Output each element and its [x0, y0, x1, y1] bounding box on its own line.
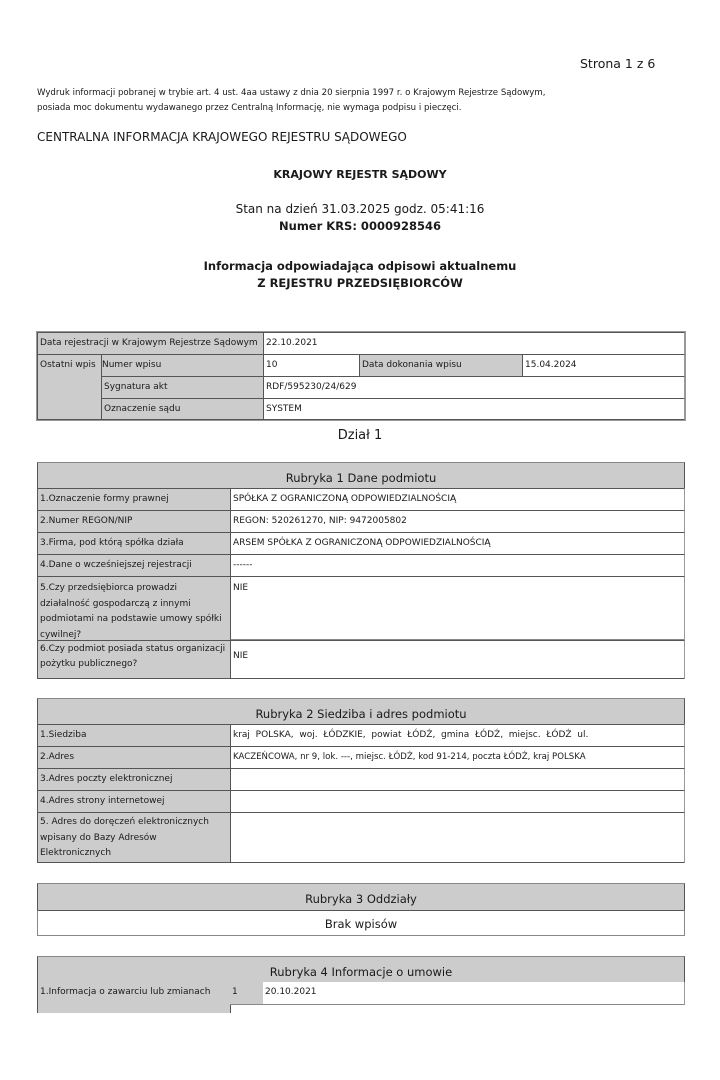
entry-date-label: Data dokonania wpisu: [359, 354, 523, 377]
r1-label-5: 5.Czy przedsiębiorca prowadzi działalnoś…: [37, 576, 231, 641]
r1-label-3: 3.Firma, pod którą spółka działa: [37, 532, 231, 555]
r2-value-2: KACZEŃCOWA, nr 9, lok. ---, miejsc. ŁÓDŹ…: [230, 746, 685, 769]
r4-value-1: 20.10.2021: [263, 982, 685, 1005]
reg-date-value: 22.10.2021: [263, 332, 685, 355]
entry-date-value: 15.04.2024: [522, 354, 685, 377]
r2-label-4: 4.Adres strony internetowej: [37, 790, 231, 813]
disclaimer-line-2: posiada moc dokumentu wydawanego przez C…: [37, 101, 657, 116]
r1-value-2: REGON: 520261270, NIP: 9472005802: [230, 510, 685, 533]
reg-date-label: Data rejestracji w Krajowym Rejestrze Są…: [37, 332, 264, 355]
r1-value-1: SPÓŁKA Z OGRANICZONĄ ODPOWIEDZIALNOŚCIĄ: [230, 488, 685, 511]
case-ref-value: RDF/595230/24/629: [263, 376, 685, 399]
section-title: Dział 1: [0, 428, 720, 443]
r2-label-1: 1.Siedziba: [37, 724, 231, 747]
registry-title: KRAJOWY REJESTR SĄDOWY: [0, 168, 720, 181]
rubryka-2-header: Rubryka 2 Siedziba i adres podmiotu: [37, 698, 685, 725]
case-ref-label: Sygnatura akt: [101, 376, 264, 399]
r2-value-1: kraj POLSKA, woj. ŁÓDZKIE, powiat ŁÓDŹ, …: [230, 724, 685, 747]
state-date: Stan na dzień 31.03.2025 godz. 05:41:16: [0, 202, 720, 216]
rubryka-3-header: Rubryka 3 Oddziały: [37, 883, 685, 911]
page-indicator: Strona 1 z 6: [580, 56, 655, 71]
rubryka-3-empty: Brak wpisów: [37, 910, 685, 936]
r2-value-3: [230, 768, 685, 791]
r2-label-3: 3.Adres poczty elektronicznej: [37, 768, 231, 791]
r1-value-4: ------: [230, 554, 685, 577]
entry-number-value: 10: [263, 354, 360, 377]
r1-value-5: NIE: [230, 576, 685, 641]
issuer-name: CENTRALNA INFORMACJA KRAJOWEGO REJESTRU …: [37, 130, 407, 144]
r1-label-2: 2.Numer REGON/NIP: [37, 510, 231, 533]
info-title-line-1: Informacja odpowiadająca odpisowi aktual…: [0, 259, 720, 273]
r1-value-6: NIE: [230, 640, 685, 679]
r1-label-1: 1.Oznaczenie formy prawnej: [37, 488, 231, 511]
r1-label-4: 4.Dane o wcześniejszej rejestracji: [37, 554, 231, 577]
r4-number-1: 1: [230, 982, 264, 1005]
r1-label-6: 6.Czy podmiot posiada status organizacji…: [37, 640, 231, 679]
r2-value-4: [230, 790, 685, 813]
r2-label-5: 5. Adres do doręczeń elektronicznych wpi…: [37, 812, 231, 863]
rubryka-4-header: Rubryka 4 Informacje o umowie: [37, 956, 685, 983]
disclaimer-line-1: Wydruk informacji pobranej w trybie art.…: [37, 86, 657, 101]
rubryka-1-header: Rubryka 1 Dane podmiotu: [37, 462, 685, 489]
r1-value-3: ARSEM SPÓŁKA Z OGRANICZONĄ ODPOWIEDZIALN…: [230, 532, 685, 555]
court-value: SYSTEM: [263, 398, 685, 420]
entry-number-label: Numer wpisu: [101, 354, 264, 377]
r2-label-2: 2.Adres: [37, 746, 231, 769]
disclaimer: Wydruk informacji pobranej w trybie art.…: [37, 86, 657, 116]
r4-label-1: 1.Informacja o zawarciu lub zmianach: [37, 982, 231, 1013]
court-label: Oznaczenie sądu: [101, 398, 264, 420]
krs-number: Numer KRS: 0000928546: [0, 219, 720, 233]
info-title-line-2: Z REJESTRU PRZEDSIĘBIORCÓW: [0, 276, 720, 290]
last-entry-label: Ostatni wpis: [37, 354, 102, 420]
r2-value-5: [230, 812, 685, 863]
